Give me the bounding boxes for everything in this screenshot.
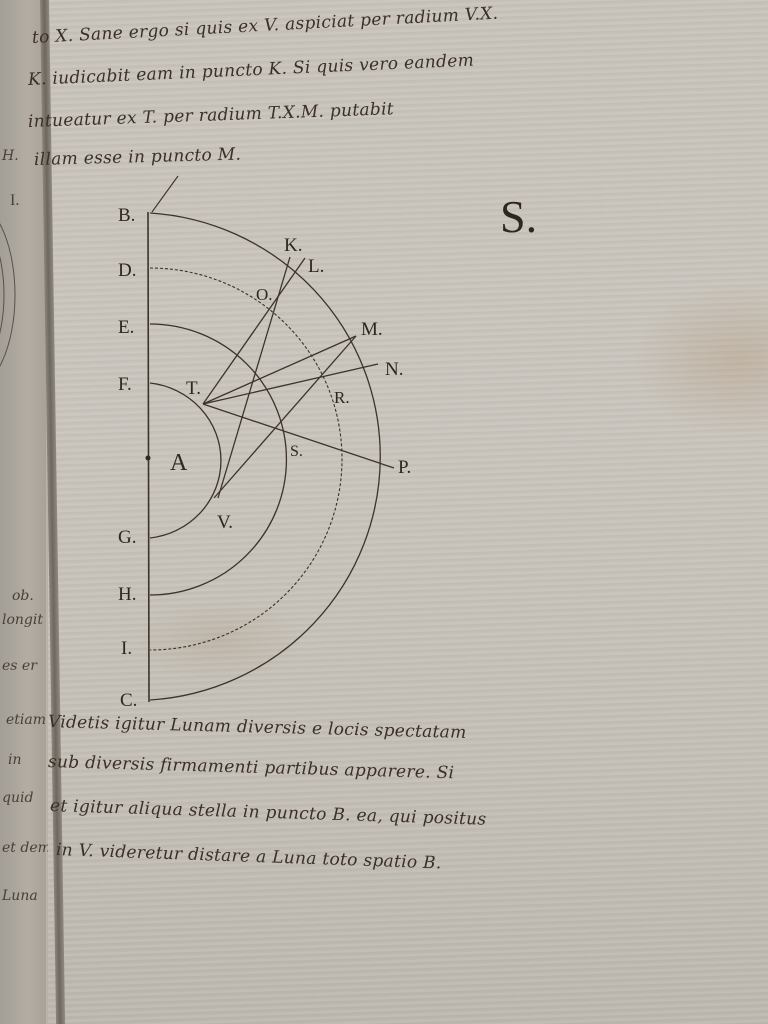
center-dot-icon	[146, 456, 151, 461]
label-i: I.	[121, 638, 132, 659]
label-k: K.	[284, 235, 302, 256]
label-c: C.	[120, 690, 137, 711]
label-s: S.	[290, 443, 303, 460]
label-r: R.	[334, 388, 350, 407]
label-t: T.	[186, 378, 201, 399]
label-v: V.	[217, 512, 233, 533]
label-d: D.	[118, 260, 136, 281]
label-e: E.	[118, 317, 134, 338]
label-o: O.	[256, 285, 273, 304]
label-l: L.	[308, 256, 324, 277]
label-h: H.	[118, 584, 136, 605]
label-b: B.	[118, 205, 135, 226]
label-f: F.	[118, 374, 132, 395]
label-g: G.	[118, 527, 136, 548]
label-m: M.	[361, 319, 383, 340]
label-a: A	[170, 450, 188, 476]
label-p: P.	[398, 457, 411, 478]
label-n: N.	[385, 359, 403, 380]
